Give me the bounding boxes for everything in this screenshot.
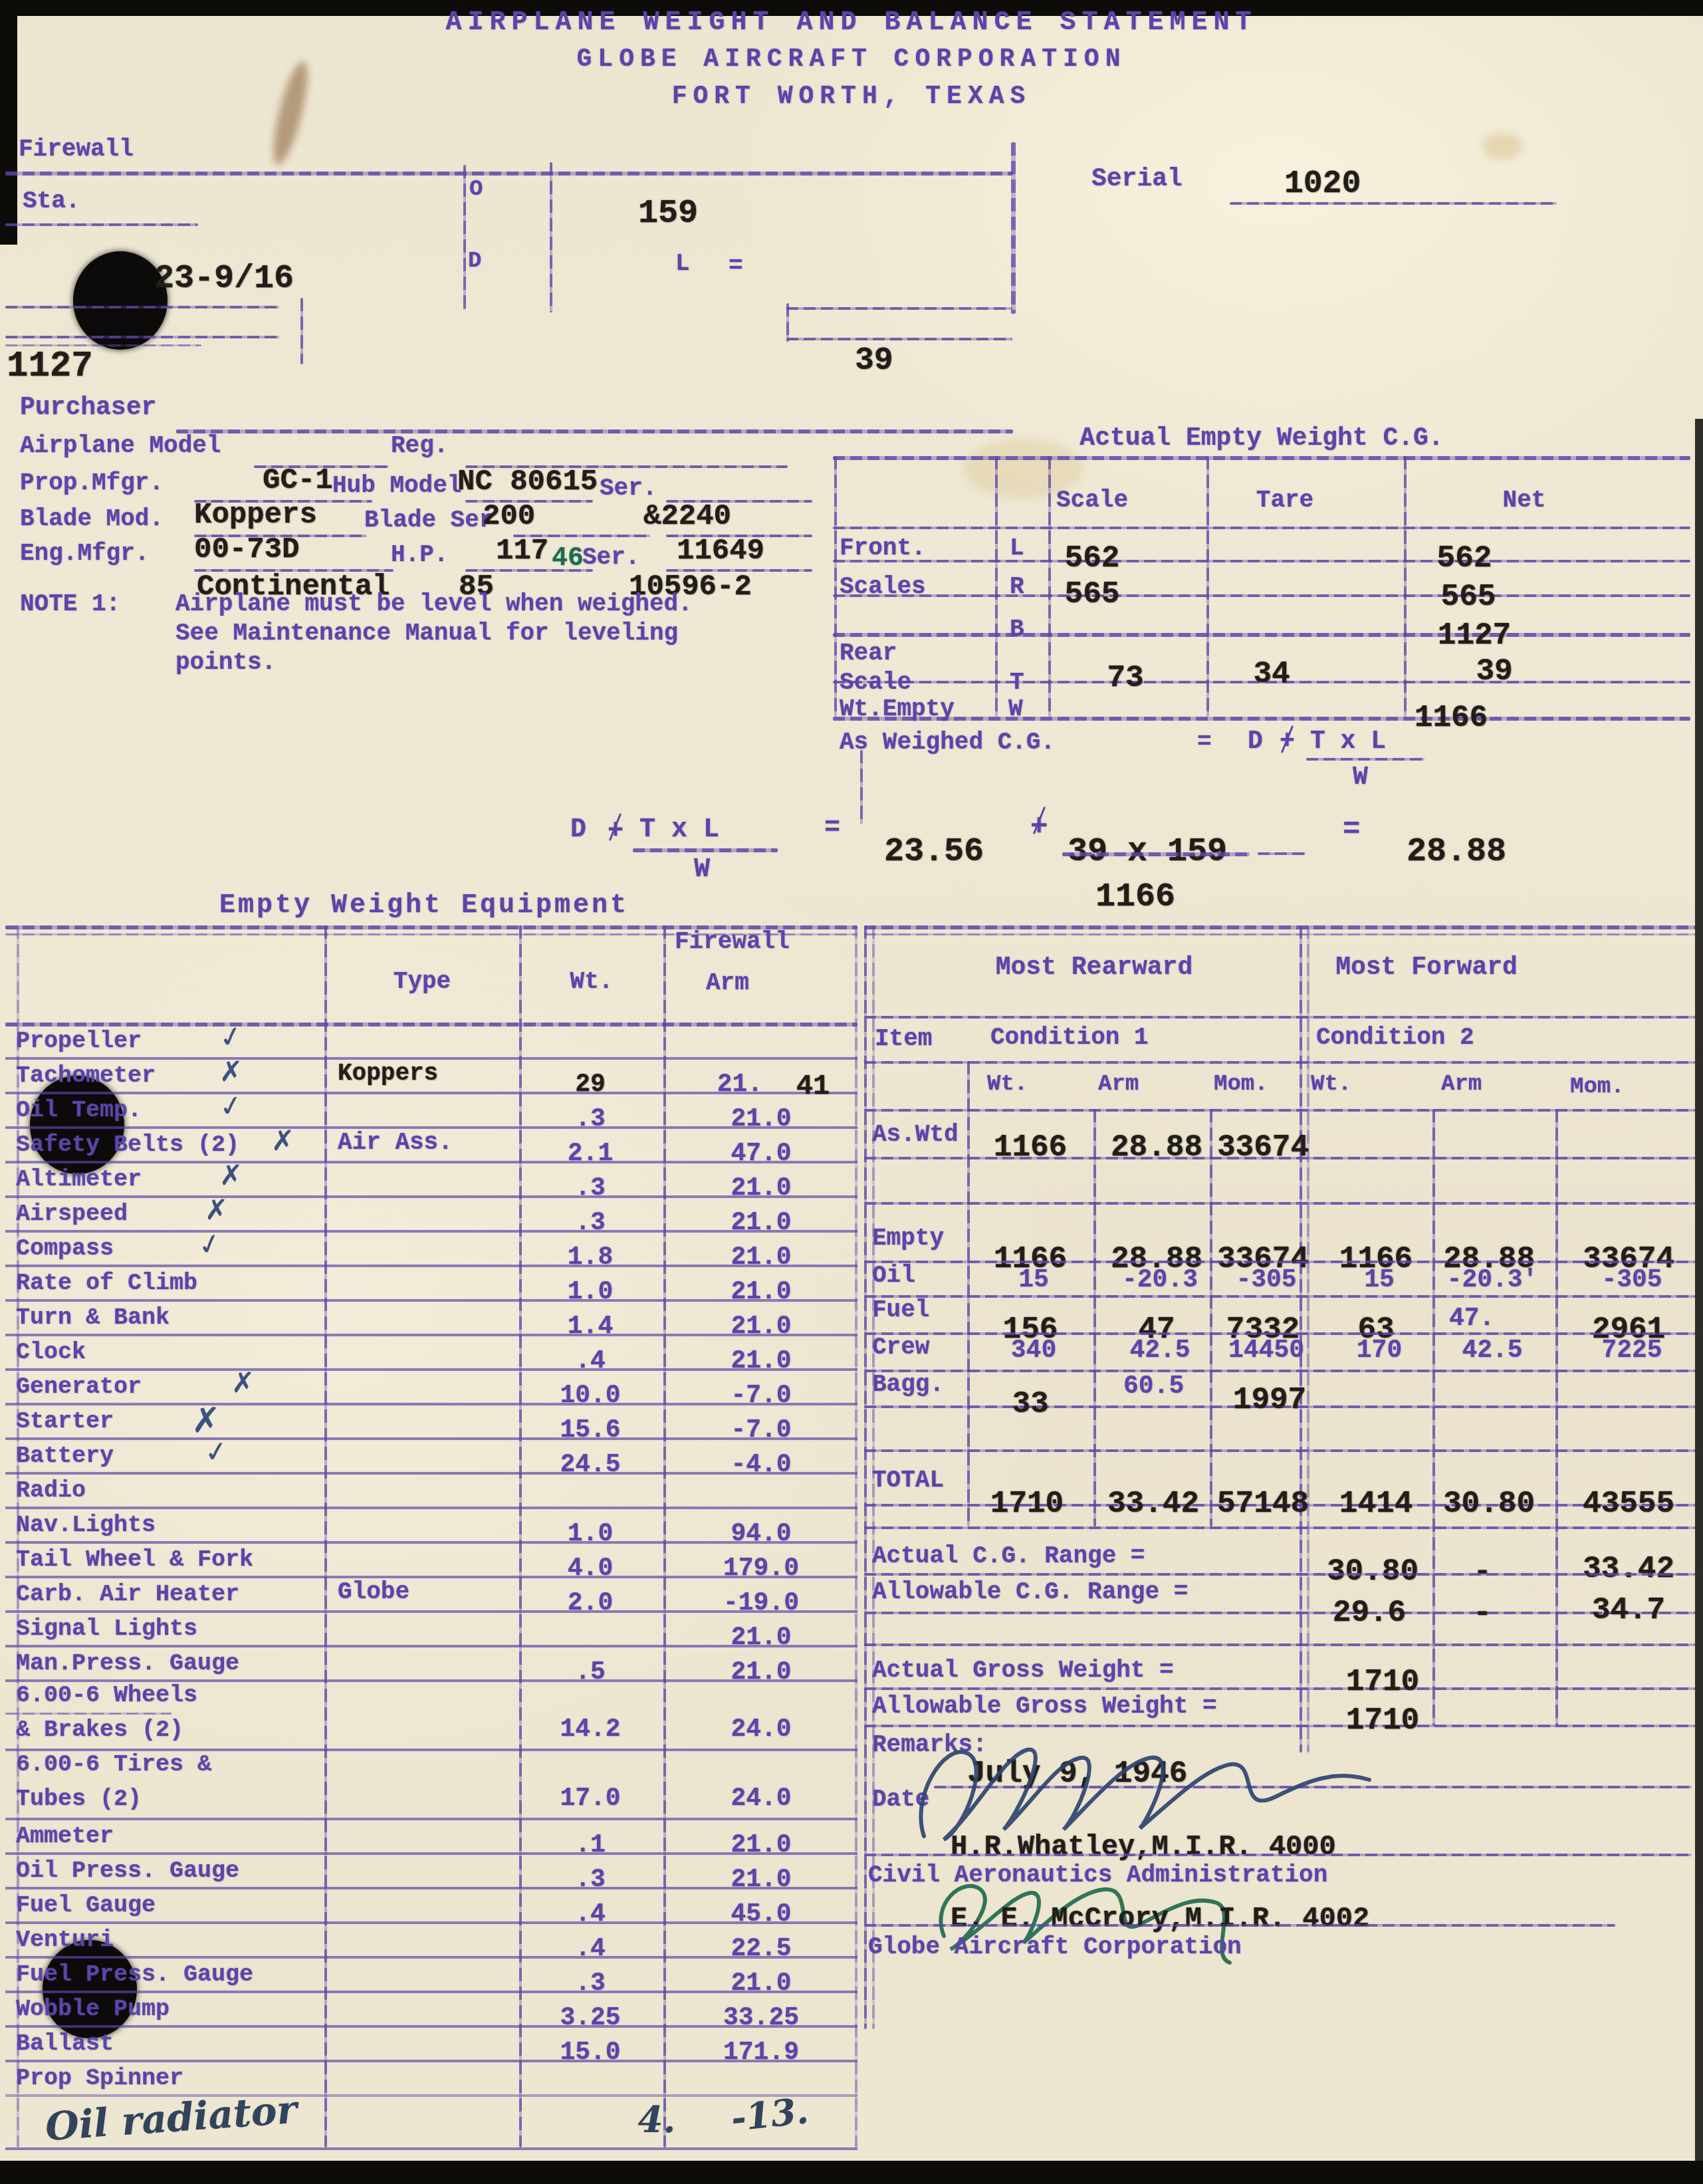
check-mark: ✓ <box>217 1021 246 1054</box>
crew-c1-wt: 340 <box>967 1338 1100 1364</box>
document-title: AIRPLANE WEIGHT AND BALANCE STATEMENT <box>0 9 1703 37</box>
table-row: Turn & Bank 1.4 21.0 <box>5 1299 857 1336</box>
vline <box>864 925 867 2029</box>
item-label: Signal Lights <box>16 1617 197 1641</box>
hline <box>864 1370 1695 1372</box>
signoff-org-2: Globe Aircraft Corporation <box>868 1935 1242 1960</box>
hline <box>864 1202 1695 1205</box>
oil-c1-wt: 15 <box>967 1267 1100 1294</box>
item-label2: & Brakes (2) <box>16 1718 183 1743</box>
row-b: B <box>1010 617 1024 642</box>
company-location: FORT WORTH, TEXAS <box>0 84 1703 110</box>
formula2-w: W <box>694 856 710 884</box>
left-box-value: 1127 <box>7 348 93 386</box>
empty-label: Empty <box>872 1226 944 1251</box>
x-mark: ✗ <box>219 1057 243 1086</box>
item-label: Carb. Air Heater <box>16 1582 239 1607</box>
handwritten-item: Oil radiator <box>44 2090 298 2147</box>
cg-table: Actual Empty Weight C.G. Scale Tare Net … <box>833 425 1692 804</box>
hline <box>833 560 1690 562</box>
eng-value: 00-73D <box>194 535 299 565</box>
formula2-eq2: = <box>1343 815 1360 846</box>
hline <box>864 1924 1615 1927</box>
item-label: Nav.Lights <box>16 1513 156 1538</box>
paper-background: AIRPLANE WEIGHT AND BALANCE STATEMENT GL… <box>0 0 1703 2184</box>
hline <box>1230 202 1557 205</box>
vline <box>967 1061 970 1526</box>
actual-cg-max: 33.42 <box>1562 1553 1695 1585</box>
formula-w: W <box>1353 765 1368 791</box>
table-row-handwritten: Oil radiator 4. -13. <box>5 2094 857 2150</box>
bagg-label: Bagg. <box>872 1372 944 1397</box>
table-row: Prop Spinner <box>5 2060 857 2097</box>
arm-value: 24.0 <box>691 1717 831 1743</box>
sta-value: 159 <box>638 197 698 232</box>
paper-stain <box>1482 133 1522 160</box>
net-39: 39 <box>1441 656 1547 687</box>
total-c2-arm: 30.80 <box>1422 1488 1555 1520</box>
table-row: Rate of Climb 1.0 21.0 <box>5 1265 857 1302</box>
crew-label: Crew <box>872 1335 929 1360</box>
item-label: Tachometer <box>16 1064 156 1088</box>
bagg-c1-mom: 1997 <box>1210 1384 1329 1416</box>
net-1166: 1166 <box>1391 702 1511 734</box>
hline <box>833 717 1690 721</box>
formula2-txl: T x L <box>639 816 719 844</box>
blade-ser-value: 200 <box>483 501 535 532</box>
serial-label: Serial <box>1091 166 1183 193</box>
table-row: Oil Press. Gauge .3 21.0 <box>5 1852 857 1889</box>
type-value: Koppers <box>338 1061 438 1086</box>
hp-label: H.P. <box>391 543 448 568</box>
col-firewall: Firewall <box>675 929 790 955</box>
hline <box>1258 852 1306 855</box>
table-row: Clock .4 21.0 <box>5 1334 857 1371</box>
vline <box>1011 142 1016 314</box>
hline <box>864 1573 1695 1576</box>
table-row: Ammeter .1 21.0 <box>5 1818 857 1855</box>
l-label: L <box>675 251 690 277</box>
blade-ser-label: Blade Ser <box>364 508 493 533</box>
hline <box>864 1687 1695 1690</box>
actual-gross-value: 1710 <box>1323 1666 1442 1698</box>
hline <box>833 594 1690 597</box>
vline <box>1404 456 1407 717</box>
formula2-v3: 1166 <box>1095 880 1175 915</box>
total-c1-wt: 1710 <box>961 1488 1093 1520</box>
item-label: Propeller <box>16 1029 142 1054</box>
type-value: Globe <box>338 1580 409 1605</box>
table-row: Propeller ✓ <box>5 1023 857 1060</box>
vline <box>550 162 552 312</box>
dash: - <box>1449 1597 1516 1629</box>
item-label: Venturi <box>16 1928 114 1953</box>
hline <box>864 1295 1695 1298</box>
type-value: Air Ass. <box>338 1130 453 1155</box>
company-name: GLOBE AIRCRAFT CORPORATION <box>0 47 1703 73</box>
allowable-gross-label: Allowable Gross Weight = <box>872 1694 1216 1719</box>
vline <box>786 303 789 342</box>
x-mark: ✗ <box>191 1403 221 1439</box>
item-label: Oil Temp. <box>16 1098 142 1123</box>
hline <box>833 527 1690 529</box>
scale-565: 565 <box>1039 578 1145 610</box>
col-net: Net <box>1474 488 1574 513</box>
conditions-table: Most Rearward Most Forward Item Conditio… <box>864 925 1695 2056</box>
table-row: Tail Wheel & Fork 4.0 179.0 <box>5 1541 857 1578</box>
item-label: Rate of Climb <box>16 1271 197 1296</box>
check-mark: ✓ <box>217 1090 245 1123</box>
allowable-cg-max: 34.7 <box>1562 1594 1695 1626</box>
as-weighed-eq: = <box>1197 730 1212 755</box>
vline <box>1206 456 1209 717</box>
actual-cg-label: Actual C.G. Range = <box>872 1544 1145 1569</box>
table-row: Ballast 15.0 171.9 <box>5 2025 857 2062</box>
hline <box>786 338 1012 340</box>
wt-header-c2: Wt. <box>1311 1073 1351 1097</box>
row-l: L <box>1010 536 1024 561</box>
oil-c2-arm: -20.3' <box>1426 1267 1559 1294</box>
hp-value: 117 <box>496 536 548 566</box>
scale-73: 73 <box>1072 662 1179 694</box>
hline <box>864 1526 1695 1529</box>
fraction-bar <box>1306 758 1424 761</box>
table-row: Radio <box>5 1472 857 1509</box>
hline <box>786 307 1012 310</box>
bagg-c1-wt: 33 <box>984 1388 1077 1420</box>
front-label: Front. <box>840 536 926 561</box>
table-row: Safety Belts (2) ✗ Air Ass. 2.1 47.0 <box>5 1126 857 1163</box>
wt-value: 17.0 <box>520 1786 660 1812</box>
title-most-rearward: Most Rearward <box>961 955 1227 981</box>
mom-header-c1: Mom. <box>1214 1073 1268 1097</box>
total-c2-mom: 43555 <box>1562 1488 1695 1520</box>
table-row: Airspeed ✗ .3 21.0 <box>5 1195 857 1233</box>
col-tare: Tare <box>1235 488 1335 513</box>
condition1-label: Condition 1 <box>990 1025 1149 1050</box>
airplane-model-label: Airplane Model <box>20 433 221 459</box>
hline <box>833 456 1690 460</box>
box-value-39: 39 <box>855 344 893 378</box>
item-label: Item <box>875 1027 932 1052</box>
item-label: Wobble Pump <box>16 1997 170 2022</box>
signoff-name-2: E. E. McCrory,M.I.R. 4002 <box>951 1904 1369 1933</box>
item-label: Prop Spinner <box>16 2066 183 2091</box>
vline <box>860 750 863 824</box>
item-label: Fuel Gauge <box>16 1893 156 1918</box>
hline <box>864 1261 1695 1263</box>
prop-mfgr-label: Prop.Mfgr. <box>20 471 164 496</box>
hline <box>5 172 1013 176</box>
allowable-cg-label: Allowable C.G. Range = <box>872 1580 1188 1605</box>
total-label: TOTAL <box>872 1468 944 1493</box>
note-line2: See Maintenance Manual for leveling <box>175 621 678 646</box>
bagg-c1-arm: 60.5 <box>1123 1374 1184 1400</box>
item-label: Ballast <box>16 2032 114 2056</box>
fuel-c2-arm: 47. <box>1449 1306 1494 1332</box>
note-line3: points. <box>175 650 276 675</box>
blade-value: Koppers <box>194 500 317 531</box>
wt-value: 14.2 <box>520 1717 660 1743</box>
firewall-label: Firewall <box>19 137 134 162</box>
table-row: Oil Temp. ✓ .3 21.0 <box>5 1092 857 1129</box>
reg-value: NC 80615 <box>457 467 598 497</box>
table-row: Battery ✓ 24.5 -4.0 <box>5 1437 857 1475</box>
hline <box>833 633 1690 637</box>
item-label: Generator <box>16 1375 142 1399</box>
hline <box>5 306 279 308</box>
hline <box>5 223 198 226</box>
note-label: NOTE 1: <box>20 592 120 617</box>
net-562: 562 <box>1411 543 1518 574</box>
eng-ser-value: 11649 <box>677 536 764 566</box>
table-row: Nav.Lights 1.0 94.0 <box>5 1507 857 1544</box>
rear-label: Rear <box>840 641 897 666</box>
sta-o-label: O <box>469 178 483 202</box>
item-label: Radio <box>16 1479 86 1503</box>
fraction-bar <box>633 848 778 852</box>
equipment-table-title: Empty Weight Equipment <box>219 892 629 920</box>
formula-txl: T x L <box>1310 729 1386 755</box>
actual-cg-min: 30.80 <box>1306 1556 1439 1588</box>
item-label: Man.Press. Gauge <box>16 1651 239 1676</box>
hline <box>5 1713 171 1715</box>
as-wtd-label: As.Wtd <box>872 1122 959 1148</box>
hline <box>864 1109 1695 1112</box>
crew-c2-mom: 7225 <box>1565 1338 1698 1364</box>
condition2-label: Condition 2 <box>1316 1025 1474 1050</box>
purchaser-label: Purchaser <box>20 395 156 422</box>
formula2-eq1: = <box>824 815 840 843</box>
tare-34: 34 <box>1218 658 1325 690</box>
crew-c2-arm: 42.5 <box>1426 1338 1559 1364</box>
reg-label: Reg. <box>391 433 448 459</box>
arm-header-c2: Arm <box>1441 1073 1482 1097</box>
formula2-v4: 28.88 <box>1407 835 1506 870</box>
mom-header-c2: Mom. <box>1570 1076 1625 1100</box>
vline <box>463 165 466 310</box>
check-mark: ✓ <box>195 1227 225 1261</box>
item-label: Altimeter <box>16 1167 142 1192</box>
table-row: 6.00-6 Wheels & Brakes (2) 14.2 24.0 <box>5 1679 857 1751</box>
formula2-d: D <box>570 816 586 844</box>
item-label: Compass <box>16 1237 114 1261</box>
formula2-v1: 23.56 <box>884 835 984 870</box>
wt-header-c1: Wt. <box>987 1073 1028 1097</box>
table-row: Fuel Press. Gauge .3 21.0 <box>5 1956 857 1993</box>
hole-punch <box>73 251 168 350</box>
col-scale: Scale <box>1042 488 1142 513</box>
item-label: Battery <box>16 1444 114 1469</box>
cg-table-title: Actual Empty Weight C.G. <box>1029 425 1494 452</box>
vline <box>995 456 998 717</box>
net-565: 565 <box>1415 581 1522 613</box>
arm-header-c1: Arm <box>1098 1073 1139 1097</box>
ser1-label: Ser. <box>600 476 657 501</box>
hline <box>864 1016 1695 1019</box>
item-label2: Tubes (2) <box>16 1787 142 1812</box>
table-row: 6.00-6 Tires & Tubes (2) 17.0 24.0 <box>5 1749 857 1820</box>
hline <box>864 1157 1695 1159</box>
table-row: Compass ✓ 1.8 21.0 <box>5 1230 857 1267</box>
handwritten-arm: -13. <box>715 2090 824 2139</box>
item-label: Ammeter <box>16 1824 114 1849</box>
x-mark: ✗ <box>271 1126 294 1155</box>
arm-value: 24.0 <box>691 1786 831 1812</box>
check-mark: ✓ <box>203 1436 230 1469</box>
fraction-bar <box>1062 852 1250 856</box>
as-weighed-label: As Weighed C.G. <box>840 730 1055 755</box>
oil-label: Oil <box>872 1263 915 1288</box>
table-row: Signal Lights 21.0 <box>5 1610 857 1647</box>
col-type: Type <box>372 969 472 995</box>
hline <box>864 933 1695 935</box>
item-label: Clock <box>16 1340 86 1365</box>
table-row: Fuel Gauge .4 45.0 <box>5 1887 857 1924</box>
title-most-forward: Most Forward <box>1294 955 1559 981</box>
table-row: Carb. Air Heater Globe 2.0 -19.0 <box>5 1576 857 1613</box>
vline <box>300 298 303 364</box>
item-label: Airspeed <box>16 1202 128 1227</box>
hline <box>864 1061 1695 1064</box>
item-label: 6.00-6 Wheels <box>16 1683 197 1708</box>
item-label: 6.00-6 Tires & <box>16 1753 211 1777</box>
table-row: Wobble Pump 3.25 33.25 <box>5 1991 857 2028</box>
dash: - <box>1449 1556 1516 1588</box>
hline <box>864 1332 1695 1335</box>
table-row: Generator ✗ 10.0 -7.0 <box>5 1368 857 1405</box>
sta-label: Sta. <box>23 189 80 214</box>
formula-d: D <box>1248 729 1263 755</box>
ser2-label: Ser. <box>582 545 639 570</box>
l-equals: = <box>729 254 743 279</box>
eng-mfgr-label: Eng.Mfgr. <box>20 541 149 566</box>
item-label: Starter <box>16 1409 114 1434</box>
equipment-rows: Propeller ✓ Tachometer ✗ Koppers 29 21. … <box>5 1023 857 2147</box>
table-row: Starter ✗ 15.6 -7.0 <box>5 1403 857 1440</box>
hline <box>864 1643 1695 1646</box>
dimension-value: 23-9/16 <box>154 262 294 297</box>
blade-mod-label: Blade Mod. <box>20 507 164 532</box>
scan-edge-bottom <box>0 2161 1703 2184</box>
item-label: Turn & Bank <box>16 1306 170 1330</box>
x-mark: ✗ <box>205 1195 228 1225</box>
vline <box>834 456 837 717</box>
item-label: Tail Wheel & Fork <box>16 1548 253 1572</box>
x-mark: ✗ <box>231 1368 255 1397</box>
fuel-label: Fuel <box>872 1298 929 1323</box>
table-row: Tachometer ✗ Koppers 29 21. 41 <box>5 1057 857 1094</box>
oil-c2-mom: -305 <box>1565 1267 1698 1294</box>
hline <box>5 336 279 338</box>
x-mark: ✗ <box>219 1161 243 1190</box>
table-row: Venturi .4 22.5 <box>5 1921 857 1959</box>
sta-d-label: D <box>468 250 481 274</box>
actual-gross-label: Actual Gross Weight = <box>872 1658 1174 1683</box>
serial-value: 1020 <box>1284 168 1361 201</box>
allowable-cg-min: 29.6 <box>1303 1597 1436 1629</box>
scale-562: 562 <box>1039 543 1145 574</box>
net-1127: 1127 <box>1418 620 1531 652</box>
hline <box>864 1449 1695 1452</box>
item-label: Oil Press. Gauge <box>16 1859 239 1883</box>
item-label: Fuel Press. Gauge <box>16 1963 253 1987</box>
blade-ser-value2: &2240 <box>643 501 731 532</box>
item-label: Safety Belts (2) <box>16 1133 239 1157</box>
table-row: Altimeter ✗ .3 21.0 <box>5 1161 857 1198</box>
model-value: GC-1 <box>263 465 333 496</box>
ink-stain <box>267 59 314 167</box>
hub-model-label: Hub Model <box>332 473 461 499</box>
note-line1: Airplane must be level when weighed. <box>175 592 693 617</box>
handwritten-wt: 4. <box>617 2101 697 2139</box>
hline <box>864 925 1695 929</box>
col-wt: Wt. <box>545 969 638 995</box>
table-row: Man.Press. Gauge .5 21.0 <box>5 1645 857 1682</box>
col-arm: Arm <box>706 971 749 996</box>
